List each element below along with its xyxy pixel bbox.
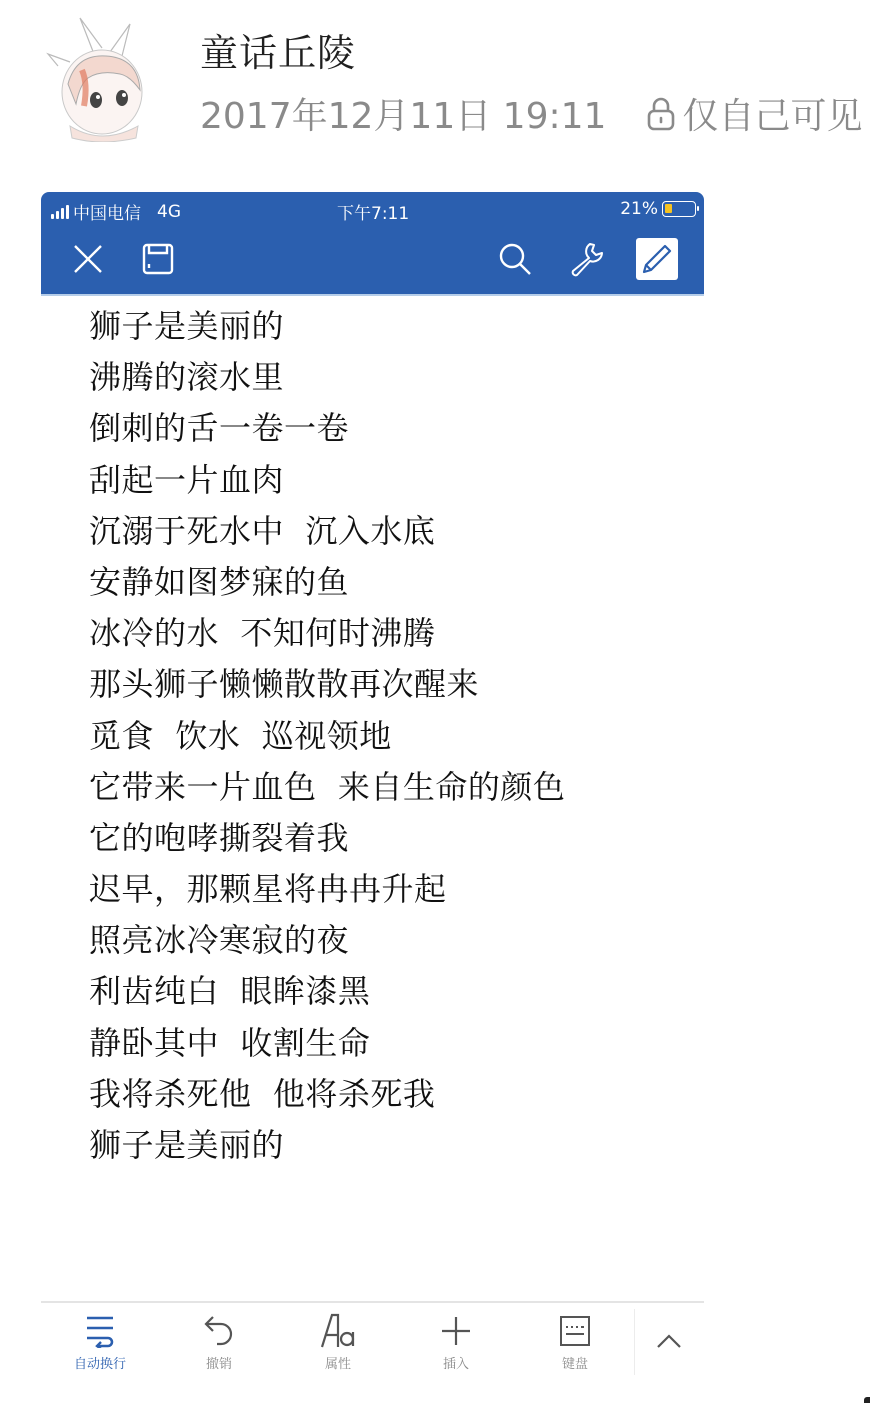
signal-icon <box>51 205 69 219</box>
search-button[interactable] <box>494 238 536 280</box>
network-type: 4G <box>157 202 181 222</box>
properties-button[interactable]: 属性 <box>293 1311 383 1372</box>
text-line: 狮子是美丽的 <box>89 1121 704 1172</box>
text-line: 冰冷的水 不知何时沸腾 <box>89 609 704 660</box>
text-line: 它带来一片血色 来自生命的颜色 <box>89 763 704 814</box>
save-icon <box>142 243 174 275</box>
close-button[interactable] <box>67 238 109 280</box>
corner-artifact <box>864 1397 870 1403</box>
post-meta: 2017年12月11日 19:11 仅自己可见 <box>200 88 862 139</box>
visibility-label: 仅自己可见 <box>682 88 862 139</box>
text-line: 迟早，那颗星将冉冉升起 <box>89 865 704 916</box>
text-line: 照亮冰冷寒寂的夜 <box>89 916 704 967</box>
keyboard-label: 键盘 <box>530 1353 620 1372</box>
font-icon <box>320 1313 356 1349</box>
text-line: 沸腾的滚水里 <box>89 353 704 404</box>
text-line: 静卧其中 收割生命 <box>89 1019 704 1070</box>
bottom-toolbar: 自动换行 撤销 属性 插入 <box>41 1301 704 1377</box>
undo-label: 撤销 <box>174 1353 264 1372</box>
wrench-icon <box>568 241 604 277</box>
document-body[interactable]: 狮子是美丽的 沸腾的滚水里 倒刺的舌一卷一卷 刮起一片血肉 沉溺于死水中 沉入水… <box>41 296 704 1172</box>
insert-label: 插入 <box>411 1353 501 1372</box>
chevron-up-icon <box>656 1333 682 1349</box>
wrap-label: 自动换行 <box>55 1353 145 1372</box>
battery-icon <box>662 201 696 217</box>
lock-icon <box>646 96 676 132</box>
text-line: 那头狮子懒懒散散再次醒来 <box>89 660 704 711</box>
bottom-divider <box>634 1309 635 1375</box>
tools-button[interactable] <box>565 238 607 280</box>
properties-label: 属性 <box>293 1353 383 1372</box>
keyboard-icon <box>559 1315 591 1347</box>
app-header: 中国电信 4G 下午7:11 21% <box>41 192 704 294</box>
edit-button[interactable] <box>636 238 678 280</box>
plus-icon <box>440 1315 472 1347</box>
carrier: 中国电信 <box>73 199 141 224</box>
collapse-button[interactable] <box>649 1321 689 1361</box>
text-line: 狮子是美丽的 <box>89 302 704 353</box>
status-bar: 中国电信 4G 下午7:11 21% <box>41 192 704 226</box>
text-line: 利齿纯白 眼眸漆黑 <box>89 967 704 1018</box>
undo-button[interactable]: 撤销 <box>174 1311 264 1372</box>
wrap-button[interactable]: 自动换行 <box>55 1311 145 1372</box>
username[interactable]: 童话丘陵 <box>200 22 356 77</box>
wrap-icon <box>84 1314 116 1348</box>
toolbar <box>41 226 704 294</box>
avatar[interactable] <box>40 14 158 142</box>
post-datetime: 2017年12月11日 19:11 <box>200 88 606 139</box>
text-line: 觅食 饮水 巡视领地 <box>89 712 704 763</box>
insert-button[interactable]: 插入 <box>411 1311 501 1372</box>
text-line: 倒刺的舌一卷一卷 <box>89 404 704 455</box>
text-line: 安静如图梦寐的鱼 <box>89 558 704 609</box>
text-line: 刮起一片血肉 <box>89 456 704 507</box>
text-line: 它的咆哮撕裂着我 <box>89 814 704 865</box>
phone-screenshot: 中国电信 4G 下午7:11 21% <box>41 192 704 1172</box>
battery-percent: 21% <box>620 199 658 219</box>
search-icon <box>498 242 532 276</box>
undo-icon <box>203 1314 235 1348</box>
edit-pencil-icon <box>641 243 673 275</box>
text-line: 沉溺于死水中 沉入水底 <box>89 507 704 558</box>
close-icon <box>72 243 104 275</box>
save-button[interactable] <box>137 238 179 280</box>
status-time: 下午7:11 <box>337 199 409 224</box>
keyboard-button[interactable]: 键盘 <box>530 1311 620 1372</box>
text-line: 我将杀死他 他将杀死我 <box>89 1070 704 1121</box>
